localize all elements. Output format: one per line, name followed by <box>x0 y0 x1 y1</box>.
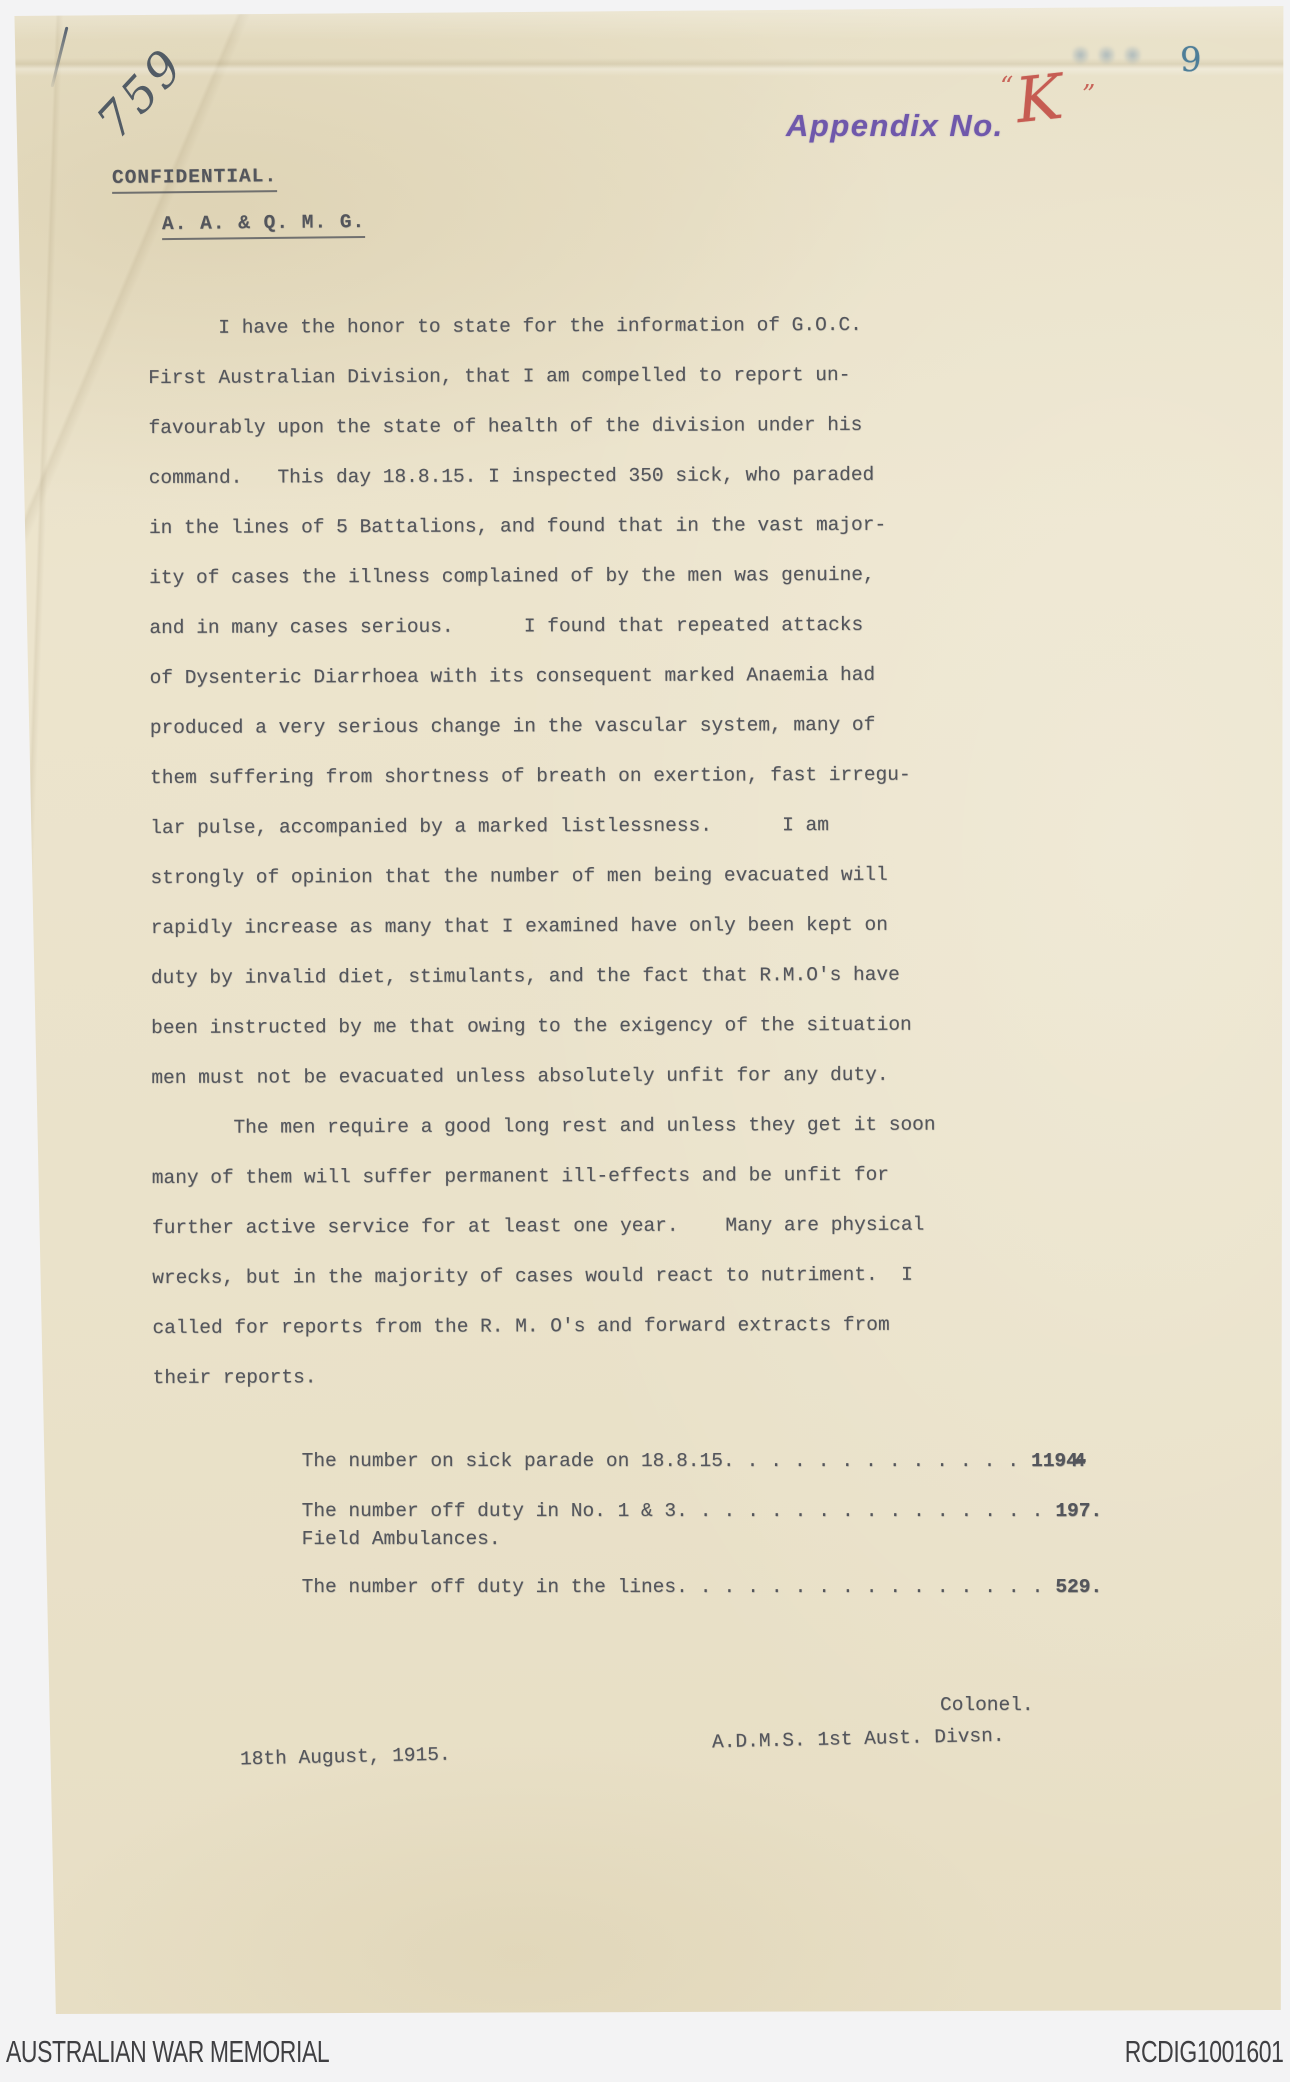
dot-leader: ................ <box>676 1576 1055 1598</box>
quote-close-mark: ” <box>1082 80 1095 110</box>
sick-return-label: The number off duty in the lines <box>302 1576 676 1598</box>
typed-line: I have the honor to state for the inform… <box>148 311 1088 365</box>
stamp-blot-icon <box>1098 46 1115 66</box>
dot-leader: ................ <box>676 1500 1055 1522</box>
pen-stroke-mark <box>51 27 69 88</box>
sick-return-note-text: Field Ambulances. <box>302 1528 501 1550</box>
typed-line: duty by invalid diet, stimulants, and th… <box>151 961 1091 1015</box>
typed-line: further active service for at least one … <box>152 1211 1092 1265</box>
archive-name: AUSTRALIAN WAR MEMORIAL <box>6 2034 329 2070</box>
typed-line: favourably upon the state of health of t… <box>148 411 1088 465</box>
typed-line: called for reports from the R. M. O's an… <box>152 1311 1092 1365</box>
typed-line: of Dysenteric Diarrhoea with its consequ… <box>150 661 1090 715</box>
appendix-letter-annotation: “ K ” <box>1000 66 1110 156</box>
typed-line: First Australian Division, that I am com… <box>148 361 1088 415</box>
archive-footer-bar: AUSTRALIAN WAR MEMORIAL RCDIG1001601 <box>0 2020 1290 2082</box>
typed-line: The men require a good long rest and unl… <box>151 1111 1091 1165</box>
sick-return-value: 1194 <box>1031 1450 1078 1472</box>
struck-digit: 4 <box>1074 1450 1086 1472</box>
signature-rank: Colonel. <box>940 1694 1034 1716</box>
appendix-letter-k: K <box>1012 60 1066 137</box>
typed-line: command. This day 18.8.15. I inspected 3… <box>149 461 1089 515</box>
typed-line: men must not be evacuated unless absolut… <box>151 1061 1091 1115</box>
page-number: 9 <box>1180 40 1202 80</box>
sick-return-value: 197. <box>1055 1500 1102 1522</box>
stamp-blot-icon <box>1072 46 1089 66</box>
letter-body: I have the honor to state for the inform… <box>148 311 1093 1415</box>
addressee-line: A. A. & Q. M. G. <box>162 211 366 240</box>
handwritten-archive-number: 759 <box>87 24 242 180</box>
typed-line: been instructed by me that owing to the … <box>151 1011 1091 1065</box>
typed-line: ity of cases the illness complained of b… <box>149 561 1089 615</box>
typed-line: rapidly increase as many that I examined… <box>151 911 1091 965</box>
quote-open-mark: “ <box>1000 72 1013 102</box>
archive-reference-id: RCDIG1001601 <box>1125 2034 1284 2070</box>
document-page: 759 9 Appendix No. “ K ” CONFIDENTIAL. A… <box>10 6 1284 2014</box>
page-content: 759 9 Appendix No. “ K ” CONFIDENTIAL. A… <box>0 0 1290 2082</box>
document-scan: 759 9 Appendix No. “ K ” CONFIDENTIAL. A… <box>0 0 1290 2082</box>
typed-line: their reports. <box>153 1361 1093 1415</box>
typed-line: many of them will suffer permanent ill-e… <box>152 1161 1092 1215</box>
signature-title: A.D.M.S. 1st Aust. Divsn. <box>712 1725 1005 1754</box>
date-line: 18th August, 1915. <box>240 1744 451 1771</box>
typed-line: produced a very serious change in the va… <box>150 711 1090 765</box>
sick-return-value: 529. <box>1055 1576 1102 1598</box>
sick-return-label: The number on sick parade on 18.8.15 <box>302 1450 723 1472</box>
sick-return-row: The number off duty in the lines........… <box>208 1554 1102 1620</box>
appendix-stamp: Appendix No. <box>786 108 1004 144</box>
typed-line: strongly of opinion that the number of m… <box>150 861 1090 915</box>
stamp-blot-icon <box>1124 46 1141 66</box>
typed-line: and in many cases serious. I found that … <box>149 611 1089 665</box>
typed-line: lar pulse, accompanied by a marked listl… <box>150 811 1090 865</box>
classification-label: CONFIDENTIAL. <box>112 165 277 194</box>
typed-line: wrecks, but in the majority of cases wou… <box>152 1261 1092 1315</box>
typed-line: in the lines of 5 Battalions, and found … <box>149 511 1089 565</box>
dot-leader: ............. <box>723 1450 1031 1472</box>
typed-line: them suffering from shortness of breath … <box>150 761 1090 815</box>
